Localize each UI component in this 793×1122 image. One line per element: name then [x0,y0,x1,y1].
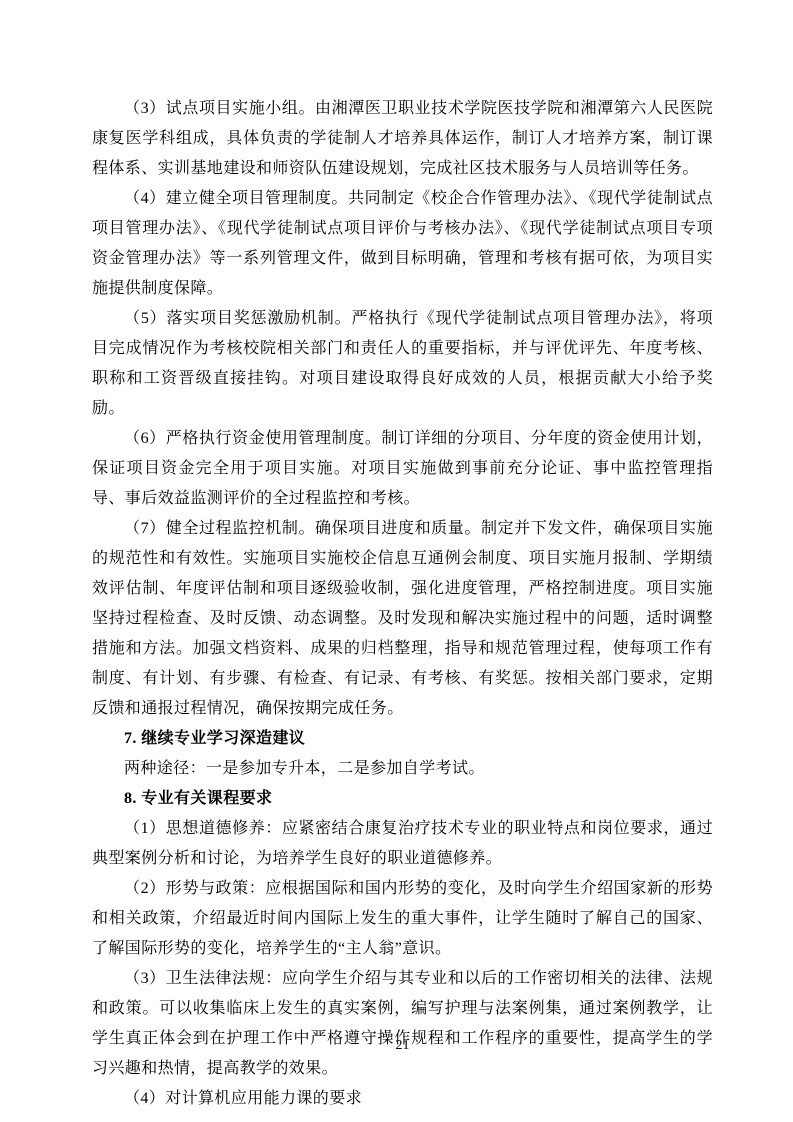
paragraph: 两种途径：一是参加专升本，二是参加自学考试。 [92,754,713,784]
document-page: （3）试点项目实施小组。由湘潭医卫职业技术学院医技学院和湘潭第六人民医院康复医学… [0,0,793,1122]
paragraph: （3）试点项目实施小组。由湘潭医卫职业技术学院医技学院和湘潭第六人民医院康复医学… [92,94,713,184]
paragraph: （1）思想道德修养：应紧密结合康复治疗技术专业的职业特点和岗位要求，通过典型案例… [92,814,713,874]
paragraph: （2）形势与政策：应根据国际和国内形势的变化，及时向学生介绍国家新的形势和相关政… [92,874,713,964]
paragraph: （7）健全过程监控机制。确保项目进度和质量。制定并下发文件，确保项目实施的规范性… [92,514,713,724]
section-heading: 8. 专业有关课程要求 [92,784,713,814]
paragraph: （4）对计算机应用能力课的要求 [92,1084,713,1114]
paragraph: （3）卫生法律法规：应向学生介绍与其专业和以后的工作密切相关的法律、法规和政策。… [92,964,713,1084]
section-heading: 7. 继续专业学习深造建议 [92,724,713,754]
page-number: 21 [92,1036,713,1056]
document-content: （3）试点项目实施小组。由湘潭医卫职业技术学院医技学院和湘潭第六人民医院康复医学… [92,94,713,1114]
paragraph: （6）严格执行资金使用管理制度。制订详细的分项目、分年度的资金使用计划，保证项目… [92,424,713,514]
paragraph: （4）建立健全项目管理制度。共同制定《校企合作管理办法》、《现代学徒制试点项目管… [92,184,713,304]
paragraph: （5）落实项目奖惩激励机制。严格执行《现代学徒制试点项目管理办法》，将项目完成情… [92,304,713,424]
